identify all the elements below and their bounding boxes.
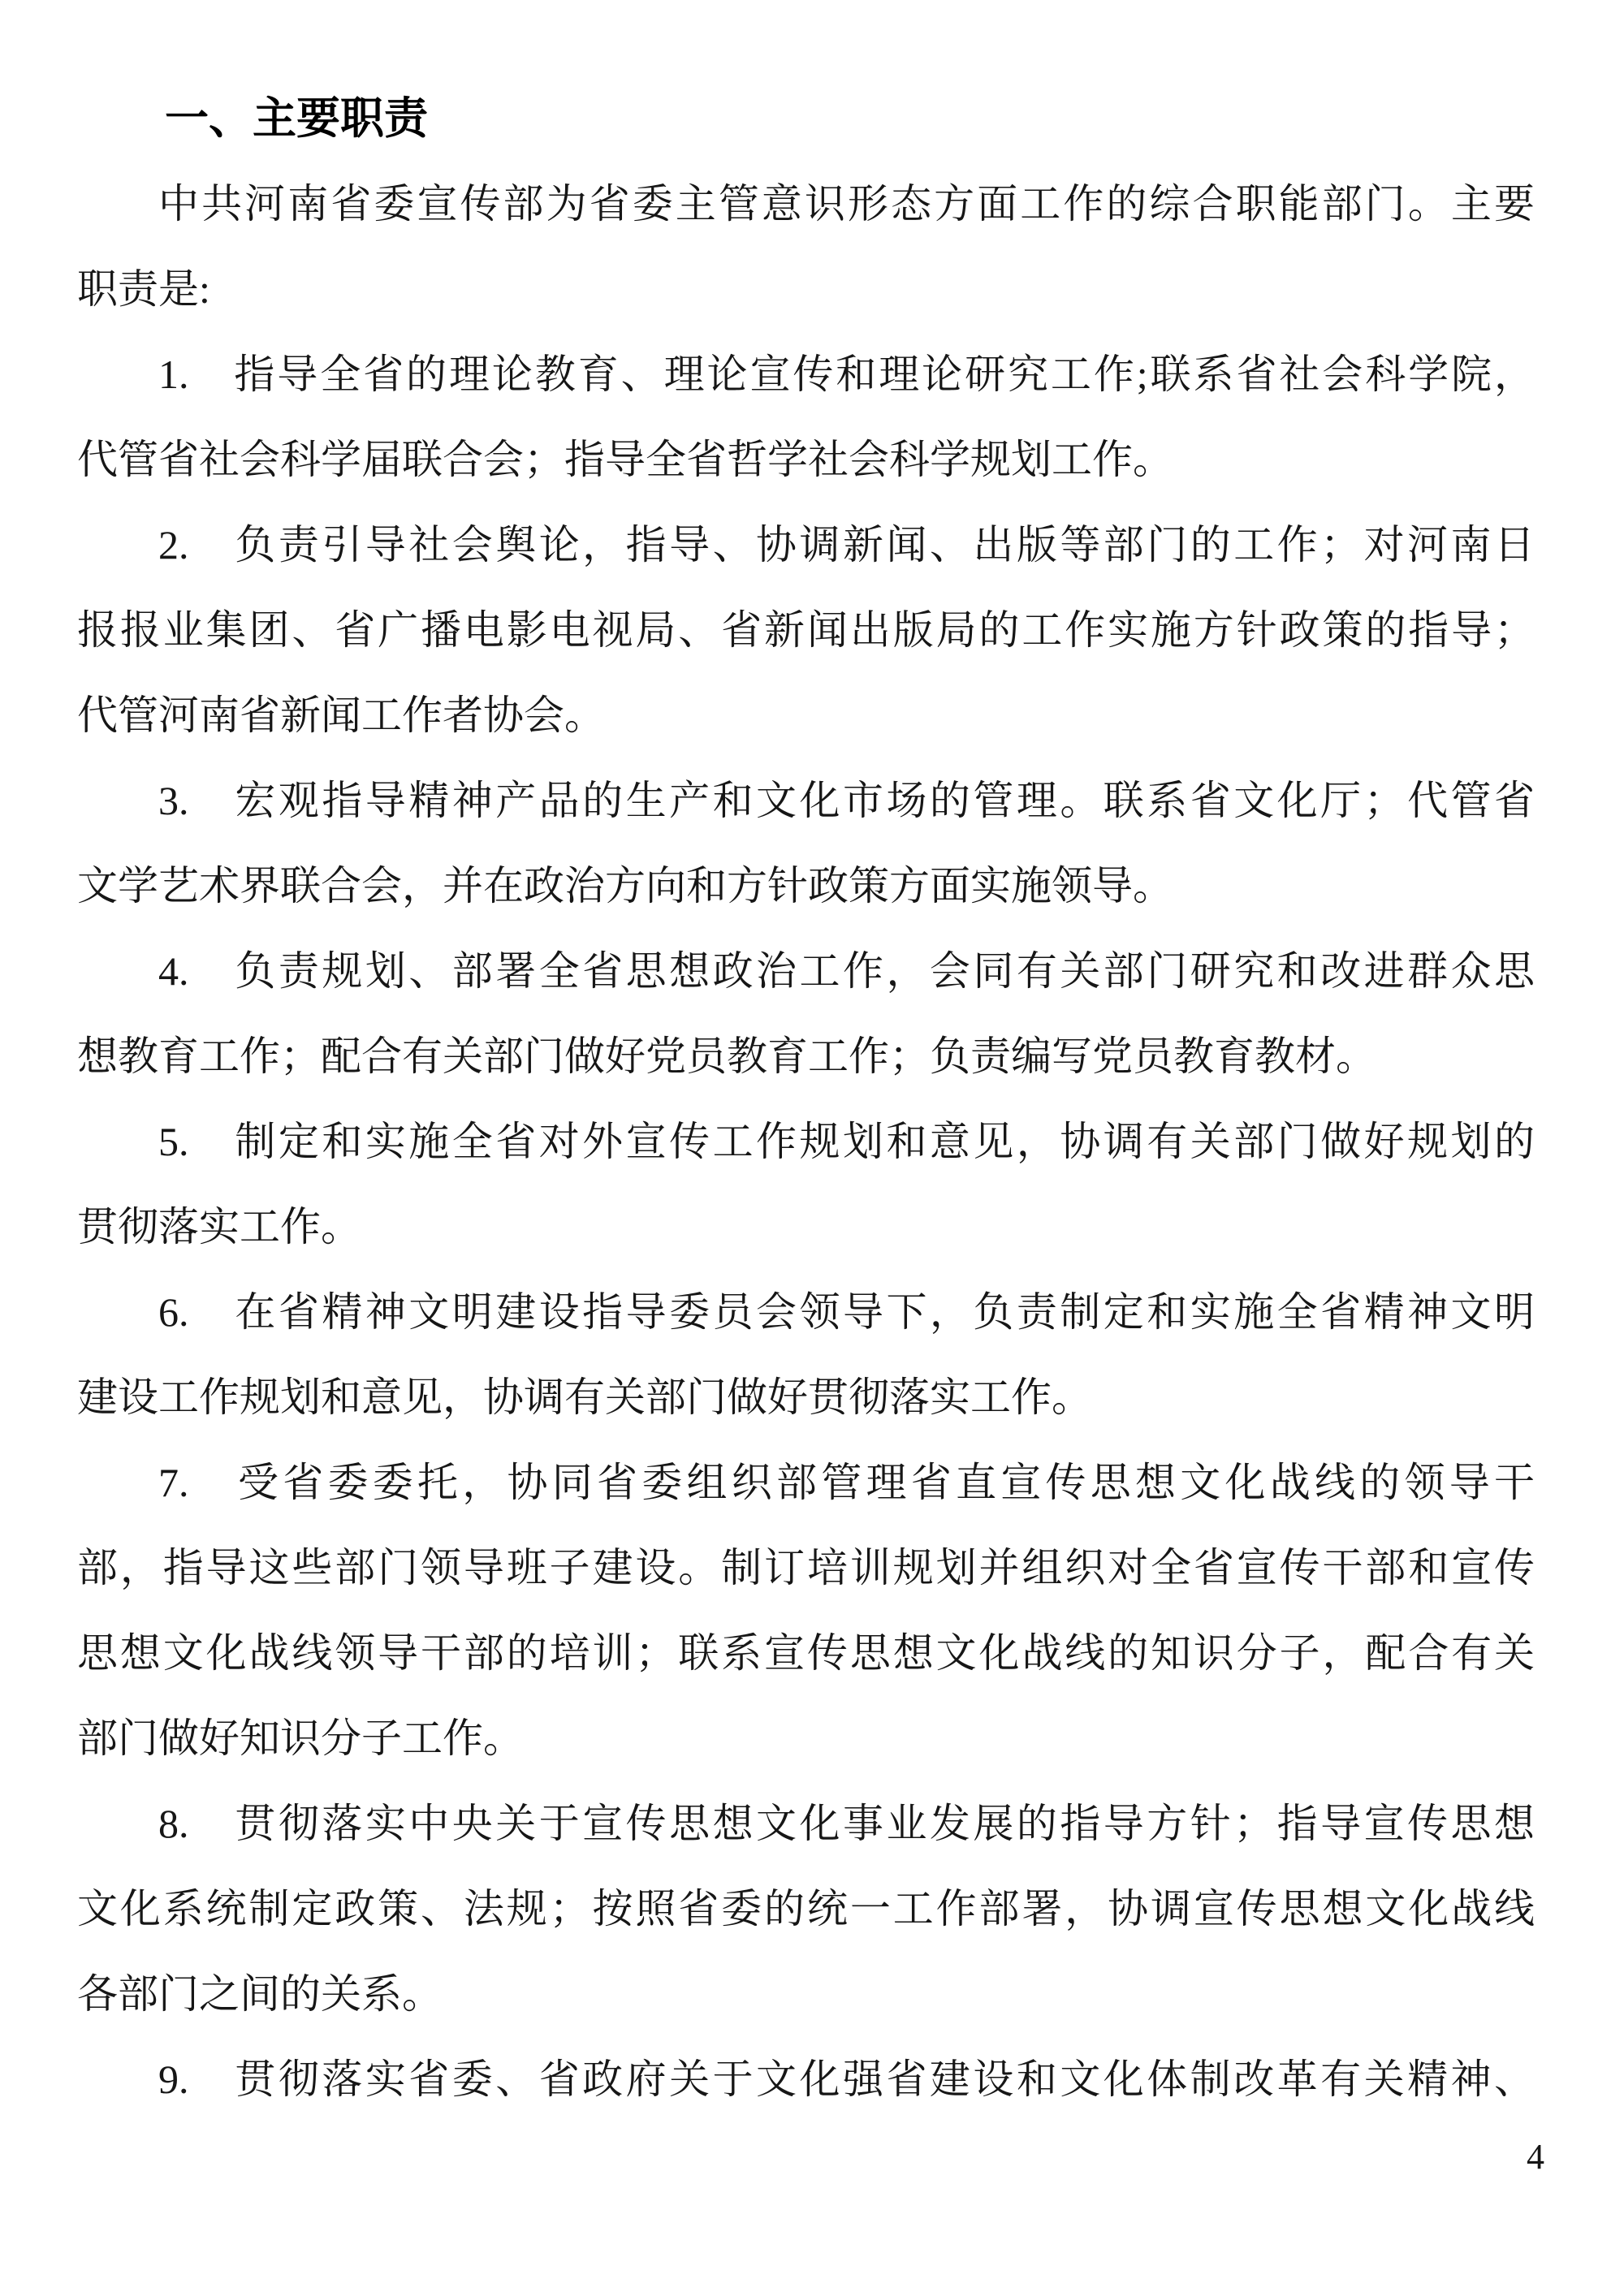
text-line: 代管省社会科学届联合会；指导全省哲学社会科学规划工作。: [77, 417, 1535, 503]
text-line: 7. 受省委委托，协同省委组织部管理省直宣传思想文化战线的领导干: [77, 1440, 1535, 1526]
page-number: 4: [1527, 2137, 1544, 2177]
section-heading: 一、主要职责: [77, 76, 1535, 162]
text-line: 4. 负责规划、部署全省思想政治工作，会同有关部门研究和改进群众思: [77, 929, 1535, 1014]
text-line: 部，指导这些部门领导班子建设。制订培训规划并组织对全省宣传干部和宣传: [77, 1526, 1535, 1611]
text-line: 报报业集团、省广播电影电视局、省新闻出版局的工作实施方针政策的指导；: [77, 588, 1535, 673]
text-line: 想教育工作；配合有关部门做好党员教育工作；负责编写党员教育教材。: [77, 1014, 1535, 1099]
text-line: 贯彻落实工作。: [77, 1185, 1535, 1270]
text-line: 文学艺术界联合会，并在政治方向和方针政策方面实施领导。: [77, 844, 1535, 929]
text-line: 文化系统制定政策、法规；按照省委的统一工作部署，协调宣传思想文化战线: [77, 1867, 1535, 1952]
text-line: 8. 贯彻落实中央关于宣传思想文化事业发展的指导方针；指导宣传思想: [77, 1781, 1535, 1867]
text-line: 职责是:: [77, 247, 1535, 332]
text-line: 9. 贯彻落实省委、省政府关于文化强省建设和文化体制改革有关精神、: [77, 2037, 1535, 2122]
text-line: 部门做好知识分子工作。: [77, 1696, 1535, 1781]
text-line: 各部门之间的关系。: [77, 1952, 1535, 2037]
text-line: 2. 负责引导社会舆论，指导、协调新闻、出版等部门的工作；对河南日: [77, 503, 1535, 588]
text-line: 中共河南省委宣传部为省委主管意识形态方面工作的综合职能部门。主要: [77, 162, 1535, 247]
text-line: 6. 在省精神文明建设指导委员会领导下，负责制定和实施全省精神文明: [77, 1270, 1535, 1355]
text-line: 3. 宏观指导精神产品的生产和文化市场的管理。联系省文化厅；代管省: [77, 758, 1535, 844]
text-line: 1. 指导全省的理论教育、理论宣传和理论研究工作;联系省社会科学院，: [77, 332, 1535, 417]
text-line: 5. 制定和实施全省对外宣传工作规划和意见，协调有关部门做好规划的: [77, 1099, 1535, 1185]
page-content: 一、主要职责 中共河南省委宣传部为省委主管意识形态方面工作的综合职能部门。主要 …: [0, 0, 1624, 2122]
document-page: 一、主要职责 中共河南省委宣传部为省委主管意识形态方面工作的综合职能部门。主要 …: [0, 0, 1624, 2296]
text-line: 建设工作规划和意见，协调有关部门做好贯彻落实工作。: [77, 1355, 1535, 1440]
text-line: 思想文化战线领导干部的培训；联系宣传思想文化战线的知识分子，配合有关: [77, 1611, 1535, 1696]
text-line: 代管河南省新闻工作者协会。: [77, 673, 1535, 758]
